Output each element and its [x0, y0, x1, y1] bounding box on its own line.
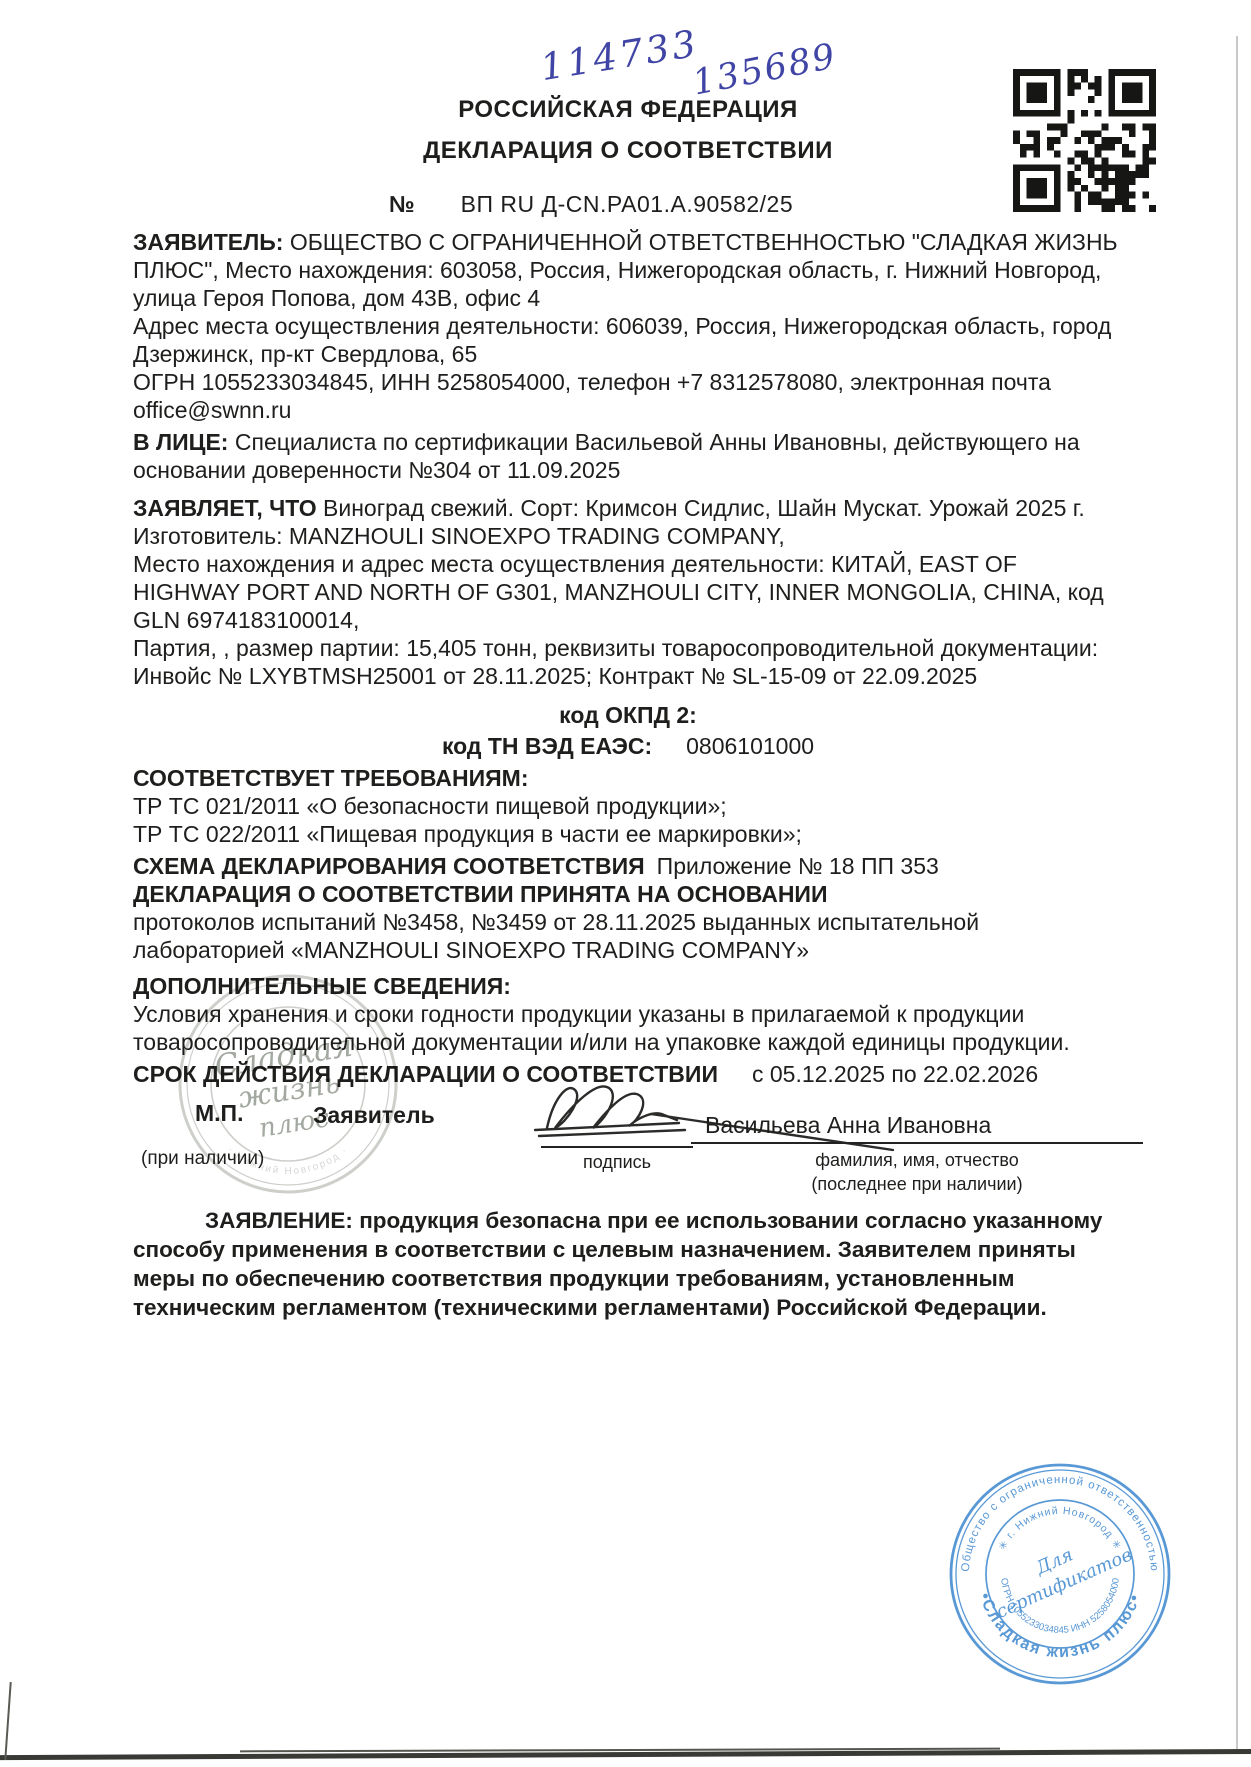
signature-caption: подпись	[541, 1152, 693, 1173]
representative-section: В ЛИЦЕ: Специалиста по сертификации Васи…	[133, 428, 1123, 484]
number-sign: №	[389, 191, 415, 218]
statement-label: ЗАЯВЛЕНИЕ:	[205, 1208, 353, 1233]
declares-label: ЗАЯВЛЯЕТ, ЧТО	[133, 495, 317, 521]
applicant-section: ЗАЯВИТЕЛЬ: ОБЩЕСТВО С ОГРАНИЧЕННОЙ ОТВЕТ…	[133, 228, 1123, 424]
country-title: РОССИЙСКАЯ ФЕДЕРАЦИЯ	[133, 96, 1123, 124]
declares-section: ЗАЯВЛЯЕТ, ЧТО Виноград свежий. Сорт: Кри…	[133, 494, 1123, 690]
okpd-label: код ОКПД 2:	[559, 702, 697, 728]
representative-label: В ЛИЦЕ:	[133, 429, 228, 455]
gray-company-stamp: · Нижний Новгород · Сладкая жизнь плюс	[172, 968, 404, 1200]
batch-info: Партия, , размер партии: 15,405 тонн, ре…	[133, 634, 1123, 690]
blue-stamp-inner-top-text: ✳ г. Нижний Новгород ✳	[996, 1505, 1123, 1552]
document-title: ДЕКЛАРАЦИЯ О СООТВЕТСТВИИ	[133, 137, 1123, 165]
basis-header: ДЕКЛАРАЦИЯ О СООТВЕТСТВИИ ПРИНЯТА НА ОСН…	[133, 881, 828, 907]
scheme-label: СХЕМА ДЕКЛАРИРОВАНИЯ СООТВЕТСТВИЯ	[133, 853, 645, 879]
scan-edge-right	[1236, 36, 1238, 1752]
signer-name: Васильева Анна Ивановна	[705, 1112, 991, 1139]
signer-name-line	[691, 1142, 1143, 1144]
applicant-activity-address: Адрес места осуществления деятельности: …	[133, 312, 1123, 368]
tnved-label: код ТН ВЭД ЕАЭС:	[442, 733, 652, 759]
compliance-header: СООТВЕТСТВУЕТ ТРЕБОВАНИЯМ:	[133, 765, 529, 791]
scan-edge-left	[4, 1682, 11, 1760]
applicant-paragraph: ЗАЯВИТЕЛЬ: ОБЩЕСТВО С ОГРАНИЧЕННОЙ ОТВЕТ…	[133, 228, 1123, 312]
declaration-scan-page: { "handwritten": {"number1": "114733", "…	[0, 0, 1251, 1767]
applicant-registration: ОГРН 1055233034845, ИНН 5258054000, теле…	[133, 368, 1123, 424]
declaration-number-row: № ВП RU Д-CN.РА01.А.90582/25	[133, 191, 1123, 218]
compliance-section: СООТВЕТСТВУЕТ ТРЕБОВАНИЯМ: ТР ТС 021/201…	[133, 764, 1123, 848]
representative-paragraph: В ЛИЦЕ: Специалиста по сертификации Васи…	[133, 428, 1123, 484]
product-paragraph: ЗАЯВЛЯЕТ, ЧТО Виноград свежий. Сорт: Кри…	[133, 494, 1123, 522]
blue-round-stamp: Общество с ограниченной ответственностью…	[946, 1460, 1174, 1688]
representative-text: Специалиста по сертификации Васильевой А…	[133, 429, 1080, 483]
compliance-item-2: ТР ТС 022/2011 «Пищевая продукция в част…	[133, 820, 1123, 848]
scheme-value: Приложение № 18 ПП 353	[657, 853, 939, 879]
applicant-label: ЗАЯВИТЕЛЬ:	[133, 229, 283, 255]
okpd-code-row: код ОКПД 2:	[133, 700, 1123, 731]
tnved-code-row: код ТН ВЭД ЕАЭС:0806101000	[133, 731, 1123, 762]
fio-caption: фамилия, имя, отчество	[691, 1150, 1143, 1171]
compliance-item-1: ТР ТС 021/2011 «О безопасности пищевой п…	[133, 792, 1123, 820]
safety-statement: ЗАЯВЛЕНИЕ: продукция безопасна при ее ис…	[133, 1206, 1135, 1322]
scheme-row: СХЕМА ДЕКЛАРИРОВАНИЯ СООТВЕТСТВИЯПриложе…	[133, 852, 1123, 880]
manufacturer: Изготовитель: MANZHOULI SINOEXPO TRADING…	[133, 522, 1123, 550]
basis-text: протоколов испытаний №3458, №3459 от 28.…	[133, 908, 1123, 964]
scanned-declaration: 114733 135689 РОССИЙСКАЯ ФЕДЕРАЦИЯ ДЕКЛА…	[0, 0, 1251, 1767]
signature-line	[541, 1146, 693, 1148]
manufacturer-address: Место нахождения и адрес места осуществл…	[133, 550, 1123, 634]
tnved-value: 0806101000	[686, 733, 814, 759]
product-text: Виноград свежий. Сорт: Кримсон Сидлис, Ш…	[323, 495, 1085, 521]
basis-section: ДЕКЛАРАЦИЯ О СООТВЕТСТВИИ ПРИНЯТА НА ОСН…	[133, 880, 1123, 964]
svg-text:✳ г. Нижний Новгород ✳: ✳ г. Нижний Новгород ✳	[996, 1505, 1123, 1552]
fio-caption-note: (последнее при наличии)	[691, 1174, 1143, 1195]
declaration-number: ВП RU Д-CN.РА01.А.90582/25	[461, 191, 794, 218]
codes-section: код ОКПД 2: код ТН ВЭД ЕАЭС:0806101000	[133, 700, 1123, 762]
document-header: РОССИЙСКАЯ ФЕДЕРАЦИЯ ДЕКЛАРАЦИЯ О СООТВЕ…	[133, 0, 1123, 165]
